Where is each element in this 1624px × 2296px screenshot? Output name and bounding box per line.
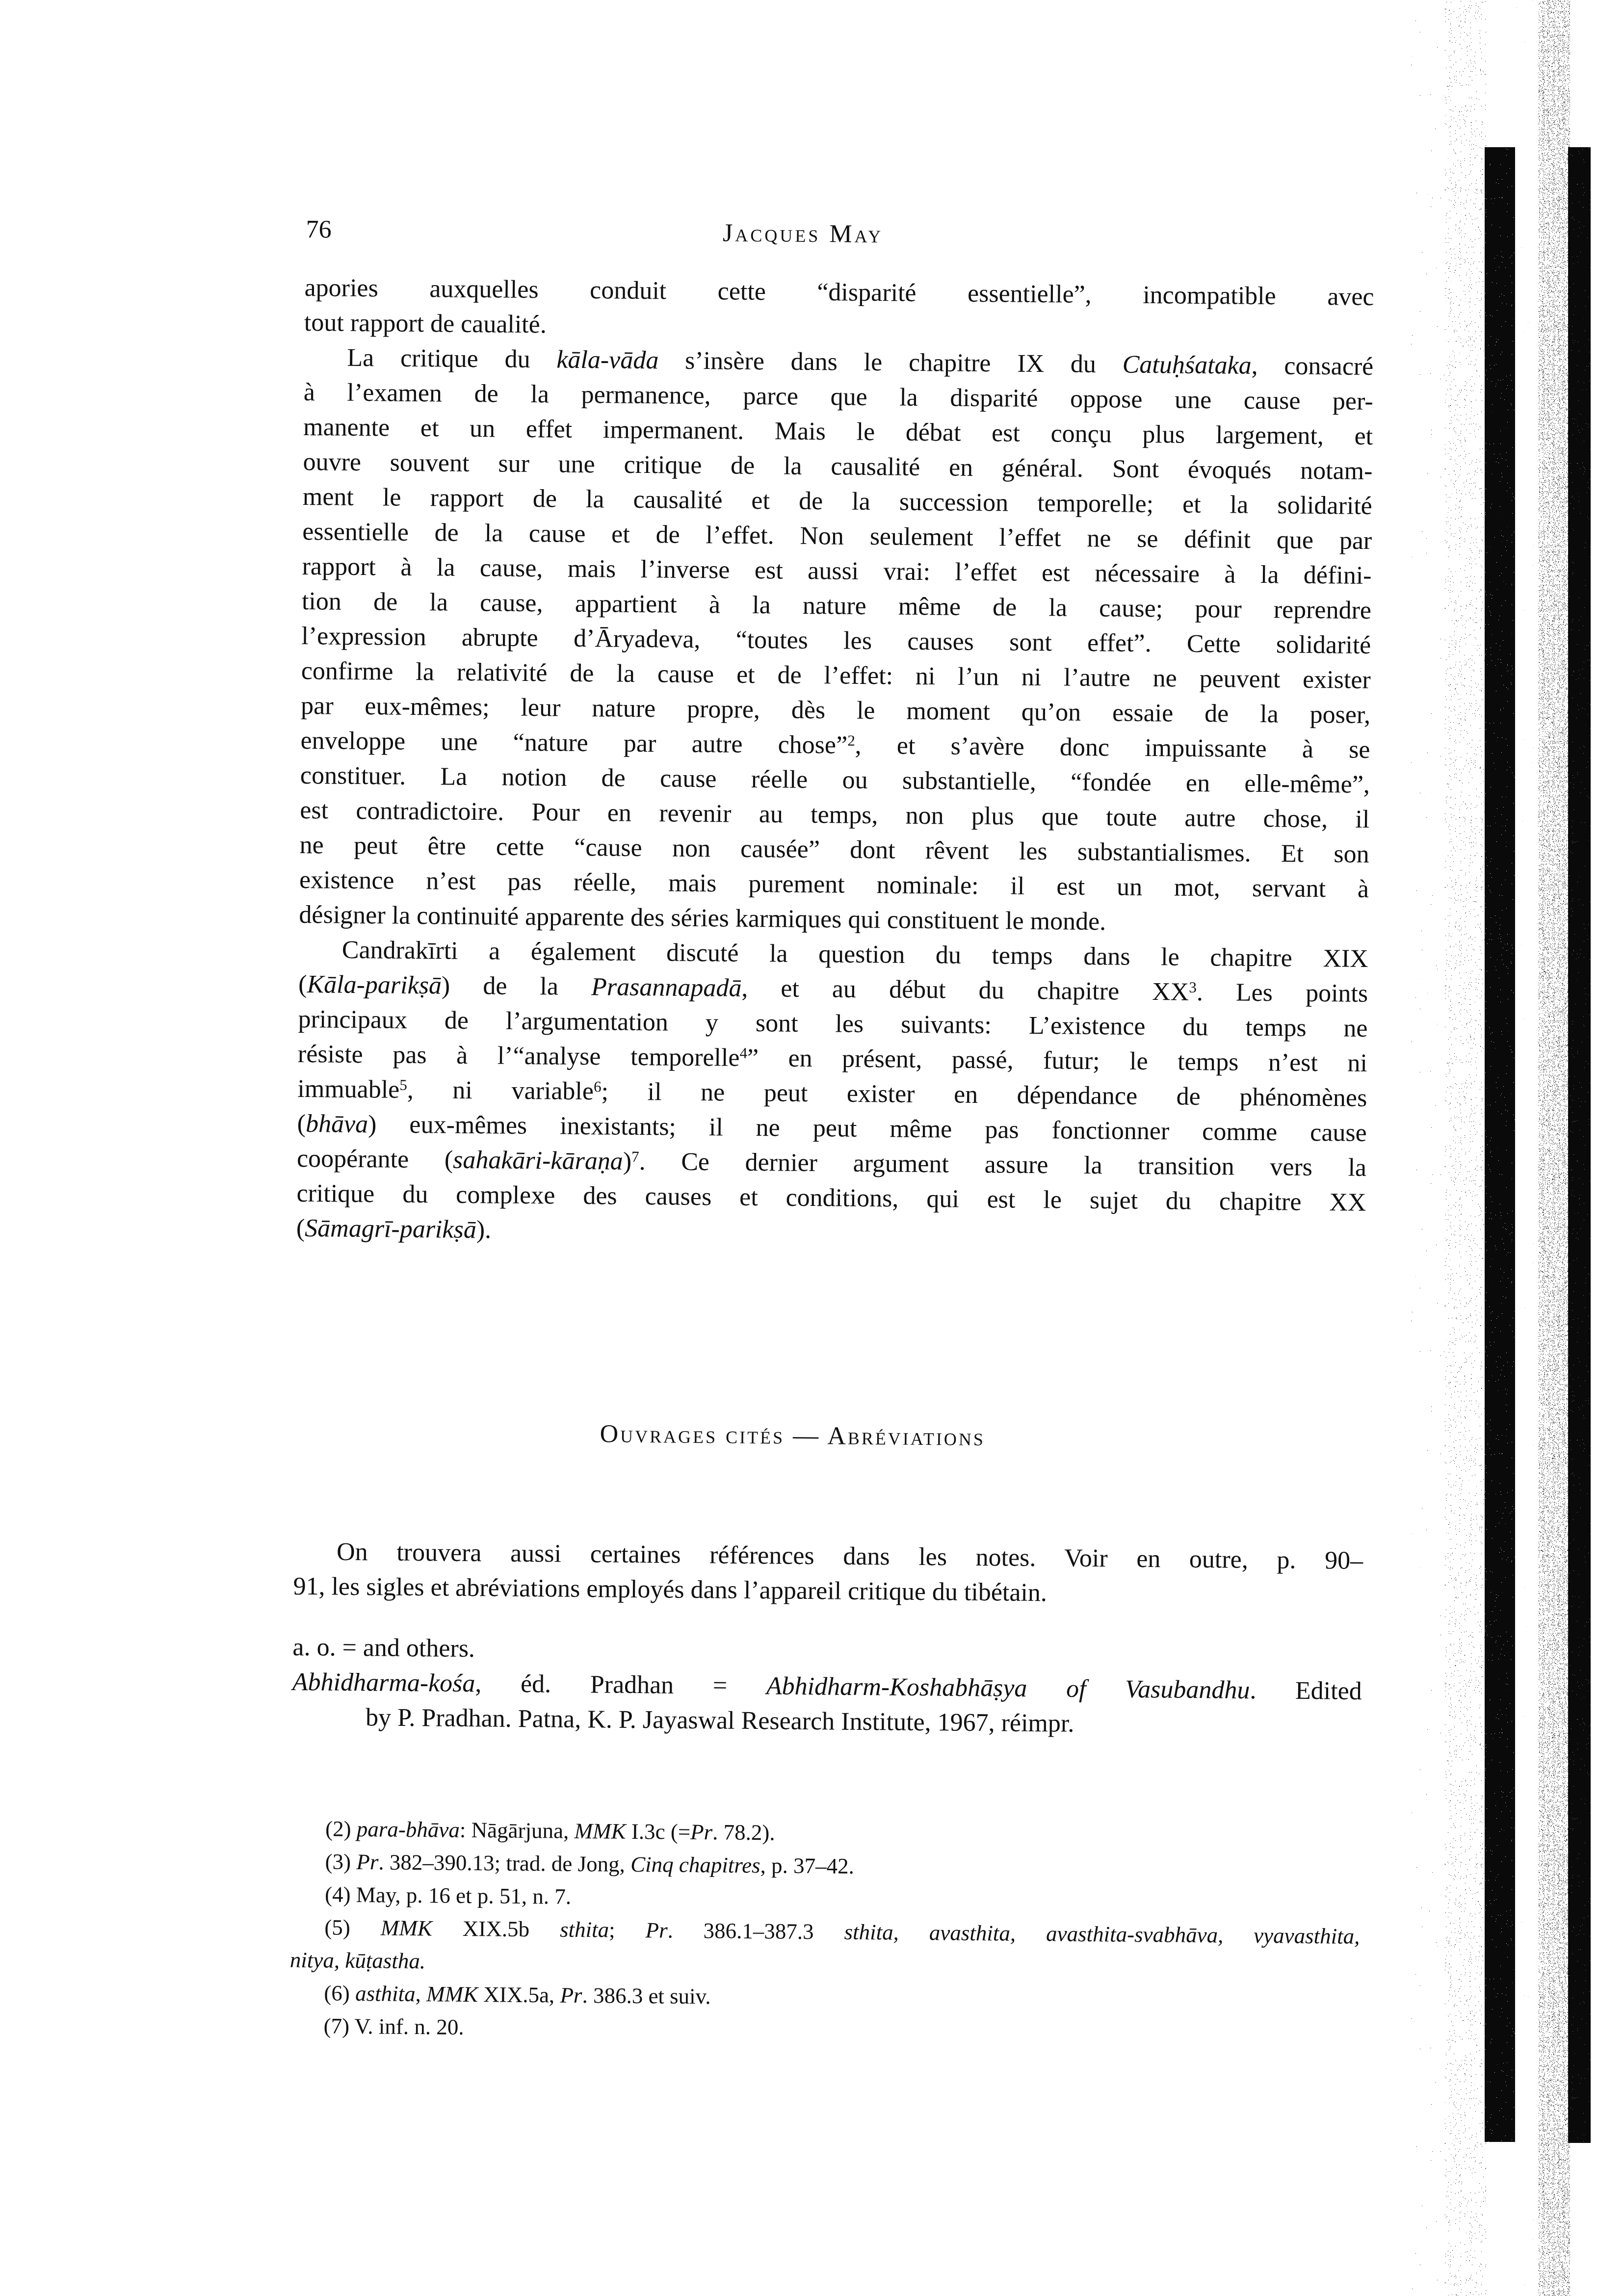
italic-term: sthita bbox=[560, 1917, 609, 1942]
text-run: tion de la cause, appartient à la nature… bbox=[302, 587, 1371, 625]
text-run: apories auxquelles conduit cette “dispar… bbox=[304, 274, 1374, 311]
text-run: ouvre souvent sur une critique de la cau… bbox=[303, 448, 1372, 485]
text-run: ” en présent, passé, futur; le temps n’e… bbox=[747, 1044, 1367, 1077]
text-run: . 386.3 et suiv. bbox=[582, 1983, 711, 2009]
binding-shadow-texture-1 bbox=[1485, 147, 1515, 2142]
italic-term: Pr bbox=[690, 1820, 712, 1844]
italic-term: Cinq chapitres bbox=[630, 1852, 760, 1878]
footnote-reference: 7 bbox=[631, 1148, 639, 1165]
page-content: 76 Jacques May apories auxquelles condui… bbox=[289, 211, 1374, 2052]
text-run: (7) V. inf. n. 20. bbox=[323, 2013, 464, 2039]
italic-term: Prasannapadā bbox=[591, 973, 742, 1002]
binding-shadow-band-1 bbox=[1485, 147, 1515, 2142]
text-run: , ni variable bbox=[407, 1076, 594, 1105]
text-run: La critique du bbox=[347, 344, 557, 374]
binding-shadow-band-2 bbox=[1568, 147, 1591, 2143]
text-run: (4) May, p. 16 et p. 51, n. 7. bbox=[325, 1882, 571, 1908]
text-run: constituer. La notion de cause réelle ou… bbox=[300, 761, 1370, 799]
text-run: , consacré bbox=[1251, 352, 1373, 381]
text-run: ) de la bbox=[442, 971, 592, 1001]
text-run: . 78.2). bbox=[712, 1820, 775, 1845]
italic-term: MMK bbox=[381, 1915, 432, 1940]
text-run: coopérante ( bbox=[297, 1145, 453, 1174]
italic-term: Pr bbox=[560, 1983, 582, 2008]
gutter-speckle-band-outer bbox=[1412, 150, 1449, 2142]
text-run: XIX.5b bbox=[432, 1916, 560, 1941]
text-run: existence n’est pas réelle, mais puremen… bbox=[299, 866, 1369, 903]
text-run: ne peut être cette “cause non causée” do… bbox=[299, 831, 1369, 868]
gutter-speckle-band-edge bbox=[1542, 148, 1567, 2142]
text-run: . 382–390.13; trad. de Jong, bbox=[378, 1850, 630, 1876]
text-run: (2) bbox=[325, 1816, 357, 1841]
text-run: par eux-mêmes; leur nature propre, dès l… bbox=[301, 692, 1370, 729]
text-run: ment le rapport de la causalité et de la… bbox=[303, 483, 1372, 520]
text-run: ( bbox=[297, 1110, 306, 1138]
gutter-speckle-band-inner bbox=[1448, 149, 1483, 2142]
text-run: essentielle de la cause et de l’effet. N… bbox=[302, 518, 1372, 555]
text-run: , p. 37–42. bbox=[760, 1853, 854, 1879]
text-run: . Edited bbox=[1250, 1676, 1362, 1705]
text-run: 91, les sigles et abréviations employés … bbox=[293, 1572, 1047, 1607]
page-header: 76 Jacques May bbox=[305, 211, 1375, 257]
italic-term: MMK bbox=[426, 1982, 478, 2007]
text-run: (5) bbox=[324, 1915, 381, 1940]
italic-term: Catuḥśataka bbox=[1123, 351, 1252, 380]
text-run: a. o. = and others. bbox=[292, 1633, 475, 1663]
binding-shadow-texture-2 bbox=[1568, 147, 1591, 2143]
text-run: désigner la continuité apparente des sér… bbox=[299, 901, 1106, 936]
footnote-reference: 2 bbox=[847, 732, 855, 749]
text-run: ) bbox=[623, 1148, 632, 1175]
text-run: , bbox=[415, 1982, 426, 2006]
section-heading: Ouvrages cités — Abréviations bbox=[294, 1414, 1291, 1458]
text-run: (3) bbox=[325, 1849, 356, 1874]
footnote-reference: 4 bbox=[739, 1044, 747, 1062]
italic-term: Sāmagrī-parikṣā bbox=[305, 1214, 476, 1244]
bibliography-intro: On trouvera aussi certaines références d… bbox=[293, 1534, 1363, 1613]
abbreviation-list: a. o. = and others.Abhidharma-kośa, éd. … bbox=[292, 1630, 1362, 1744]
gutter-speckle-band-mid bbox=[1517, 148, 1542, 2141]
italic-term: sthita, avasthita, avasthita-svabhāva, v… bbox=[844, 1920, 1360, 1949]
italic-term: MMK bbox=[574, 1819, 626, 1844]
text-run: (6) bbox=[324, 1981, 355, 2006]
text-run: tout rapport de caualité. bbox=[304, 309, 547, 339]
text-run: immuable bbox=[297, 1075, 399, 1104]
text-run: by P. Pradhan. Patna, K. P. Jayaswal Res… bbox=[366, 1703, 1074, 1738]
italic-term: Abhidharma-kośa bbox=[292, 1668, 475, 1697]
text-run: manente et un effet impermanent. Mais le… bbox=[303, 413, 1373, 450]
text-run: principaux de l’argumentation y sont les… bbox=[298, 1005, 1367, 1043]
footnote-reference: 6 bbox=[594, 1078, 602, 1096]
text-run: : Nāgārjuna, bbox=[460, 1818, 575, 1843]
text-run: ( bbox=[298, 970, 307, 998]
text-run: ) eux-mêmes inexistants; il ne peut même… bbox=[368, 1110, 1367, 1147]
text-run: On trouvera aussi certaines références d… bbox=[337, 1538, 1363, 1575]
text-run: , et au début du chapitre XX bbox=[741, 974, 1189, 1006]
text-run: l’expression abrupte d’Āryadeva, “toutes… bbox=[301, 622, 1371, 659]
italic-term: asthita bbox=[355, 1981, 416, 2006]
italic-term: Abhidharm-Koshabhāṣya of Vasubandhu bbox=[766, 1672, 1250, 1704]
text-run: . Les points bbox=[1197, 978, 1368, 1008]
italic-term: para-bhāva bbox=[357, 1817, 460, 1842]
text-run: . 386.1–387.3 bbox=[667, 1918, 844, 1944]
footnotes-block: (2) para-bhāva: Nāgārjuna, MMK I.3c (=Pr… bbox=[289, 1812, 1361, 2052]
text-run: s’insère dans le chapitre IX du bbox=[658, 346, 1123, 378]
text-run: ; il ne peut exister en dépendance de ph… bbox=[601, 1077, 1367, 1112]
italic-term: nitya, kūṭastha. bbox=[290, 1948, 426, 1973]
italic-term: sahakāri-kāraṇa bbox=[453, 1146, 623, 1175]
text-run: XIX.5a, bbox=[478, 1982, 560, 2007]
text-run: ). bbox=[476, 1216, 492, 1244]
text-run: rapport à la cause, mais l’inverse est a… bbox=[302, 552, 1371, 590]
scanned-document-page: 76 Jacques May apories auxquelles condui… bbox=[0, 0, 1624, 2296]
italic-term: Pr bbox=[645, 1918, 667, 1942]
text-run: . Ce dernier argument assure la transiti… bbox=[639, 1148, 1366, 1182]
text-run: , et s’avère donc impuissante à se bbox=[855, 731, 1370, 764]
text-run: Candrakīrti a également discuté la quest… bbox=[342, 936, 1368, 973]
footnote-reference: 3 bbox=[1189, 979, 1197, 996]
running-head: Jacques May bbox=[305, 211, 1301, 257]
text-run: , éd. Pradhan = bbox=[475, 1670, 766, 1700]
text-run: enveloppe une “nature par autre chose” bbox=[300, 727, 847, 759]
text-run: ; bbox=[609, 1918, 646, 1943]
italic-term: Pr bbox=[356, 1850, 378, 1874]
text-run: I.3c (= bbox=[626, 1819, 690, 1844]
text-run: ( bbox=[296, 1214, 305, 1242]
text-run: confirme la relativité de la cause et de… bbox=[301, 657, 1371, 694]
italic-term: kāla-vāda bbox=[556, 345, 658, 374]
article-body: apories auxquelles conduit cette “dispar… bbox=[296, 270, 1374, 1255]
italic-term: Kāla-parikṣā bbox=[307, 970, 442, 999]
italic-term: bhāva bbox=[306, 1110, 368, 1138]
text-run: critique du complexe des causes et condi… bbox=[296, 1179, 1366, 1217]
footnote-reference: 5 bbox=[399, 1076, 407, 1094]
text-run: résiste pas à l’“analyse temporelle bbox=[298, 1040, 740, 1072]
text-run: à l’examen de la permanence, parce que l… bbox=[304, 378, 1373, 416]
text-run: est contradictoire. Pour en revenir au t… bbox=[300, 796, 1369, 834]
